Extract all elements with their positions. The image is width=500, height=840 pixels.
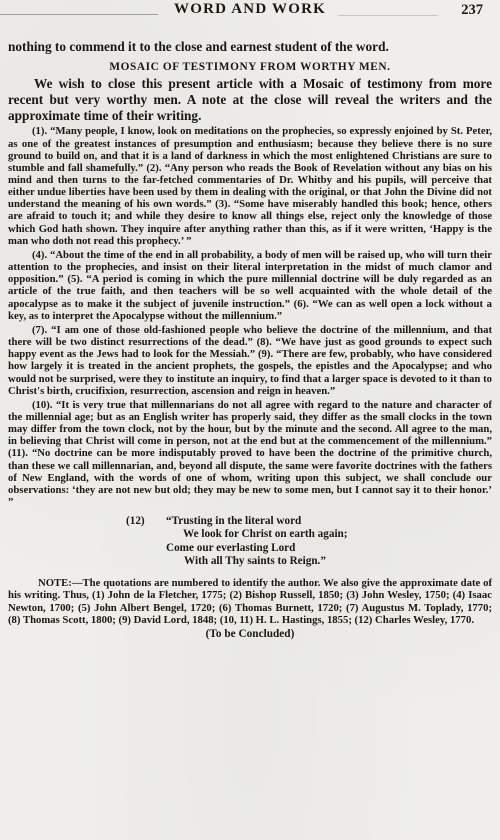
note-paragraph: NOTE:—The quotations are numbered to ide… bbox=[8, 577, 492, 627]
poem-text: “Trusting in the literal word bbox=[166, 515, 301, 527]
to-be-concluded: (To be Concluded) bbox=[8, 628, 492, 640]
page-number: 237 bbox=[461, 2, 483, 19]
document-page: WORD AND WORK 237 nothing to commend it … bbox=[0, 0, 500, 840]
poem-line: We look for Christ on earth again; bbox=[126, 528, 492, 541]
quote-paragraph-4: (10). “It is very true that millennarian… bbox=[8, 399, 492, 508]
quote-paragraph-3: (7). “I am one of those old-fashioned pe… bbox=[8, 324, 492, 397]
hymn-stanza: (12)“Trusting in the literal word We loo… bbox=[126, 515, 492, 568]
publication-title: WORD AND WORK bbox=[0, 1, 500, 18]
article-body: nothing to commend it to the close and e… bbox=[0, 39, 500, 640]
poem-line: Come our everlasting Lord bbox=[126, 542, 492, 555]
poem-number: (12) bbox=[126, 515, 166, 528]
poem-line: With all Thy saints to Reign.” bbox=[126, 555, 492, 568]
section-heading: MOSAIC OF TESTIMONY FROM WORTHY MEN. bbox=[8, 61, 492, 73]
poem-line: (12)“Trusting in the literal word bbox=[126, 515, 492, 528]
page-header: WORD AND WORK 237 bbox=[0, 0, 500, 24]
quote-paragraph-1: (1). “Many people, I know, look on medit… bbox=[8, 125, 492, 247]
intro-paragraph: We wish to close this present article wi… bbox=[8, 76, 492, 123]
opening-paragraph: nothing to commend it to the close and e… bbox=[8, 39, 492, 55]
quote-paragraph-2: (4). “About the time of the end in all p… bbox=[8, 249, 492, 322]
